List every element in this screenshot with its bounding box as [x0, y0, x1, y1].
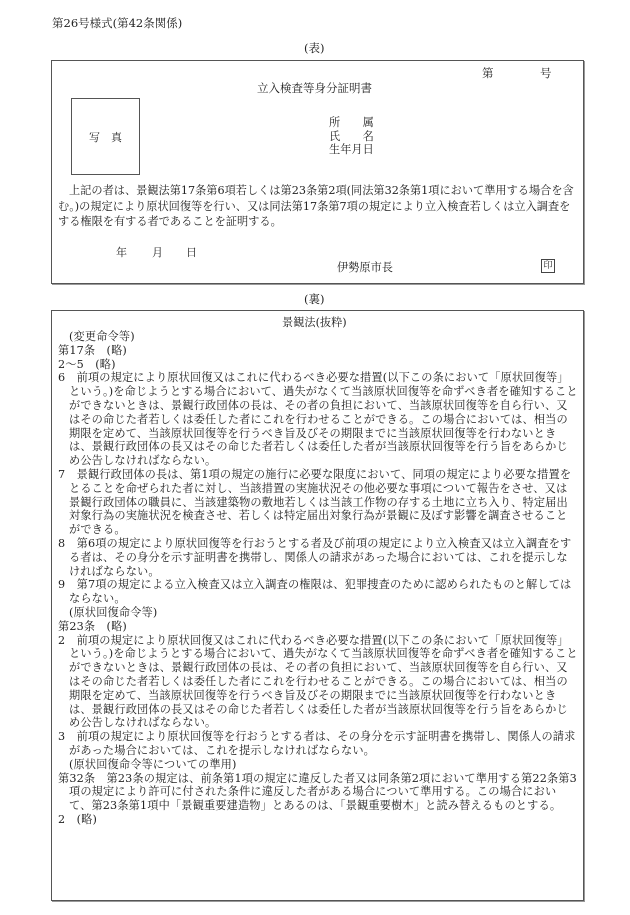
photo-label: 写 真 — [72, 129, 139, 145]
section-heading: (原状回復命令等) — [58, 606, 578, 620]
certificate-title: 立入検査等身分証明書 — [257, 80, 372, 96]
article-17-para-8: 8 第6項の規定により原状回復等を行おうとする者及び前項の規定により立入検査又は… — [58, 537, 578, 578]
section-heading: (原状回復命令等についての準用) — [58, 758, 578, 772]
certification-text: 上記の者は、景観法第17条第6項若しくは第23条第2項(同法第32条第1項におい… — [58, 183, 578, 230]
article-23-para-2: 2 前項の規定により原状回復又はこれに代わるべき必要な措置(以下この条において「… — [58, 634, 578, 731]
photo-box: 写 真 — [71, 98, 140, 175]
field-birthdate: 生年月日 — [329, 143, 374, 157]
issuer: 伊勢原市長 — [337, 259, 393, 275]
article-17: 第17条 (略) — [58, 344, 578, 358]
article-23: 第23条 (略) — [58, 620, 578, 634]
field-affiliation: 所 属 — [329, 116, 374, 130]
article-17-para-9: 9 第7項の規定による立入検査又は立入調査の権限は、犯罪捜査のために認められたも… — [58, 578, 578, 606]
date-month: 月 — [152, 244, 163, 260]
number-prefix: 第 — [482, 65, 494, 81]
article-32-para-2: 2 (略) — [58, 813, 578, 827]
article-17-para-7: 7 景観行政団体の長は、第1項の規定の施行に必要な限度において、同項の規定により… — [58, 468, 578, 537]
back-side-label: (裏) — [304, 291, 324, 307]
field-name: 氏 名 — [329, 130, 374, 144]
article-17-para-6: 6 前項の規定により原状回復又はこれに代わるべき必要な措置(以下この条において「… — [58, 371, 578, 468]
form-label: 第26号様式(第42条関係) — [52, 15, 182, 31]
date-year: 年 — [116, 244, 127, 260]
law-excerpt-body: (変更命令等) 第17条 (略) 2〜5 (略) 6 前項の規定により原状回復又… — [58, 330, 578, 827]
law-excerpt-title: 景観法(抜粋) — [282, 314, 347, 330]
front-side-label: (表) — [304, 40, 324, 56]
number-suffix: 号 — [540, 65, 552, 81]
holder-fields: 所 属 氏 名 生年月日 — [329, 116, 374, 157]
article-17-para-2-5: 2〜5 (略) — [58, 358, 578, 372]
article-23-para-3: 3 前項の規定により原状回復等を行おうとする者は、その身分を示す証明書を携帯し、… — [58, 730, 578, 758]
article-32: 第32条 第23条の規定は、前条第1項の規定に違反した者又は同条第2項において準… — [58, 772, 578, 813]
date-day: 日 — [186, 244, 197, 260]
seal-mark: 印 — [541, 259, 555, 273]
section-heading: (変更命令等) — [58, 330, 578, 344]
